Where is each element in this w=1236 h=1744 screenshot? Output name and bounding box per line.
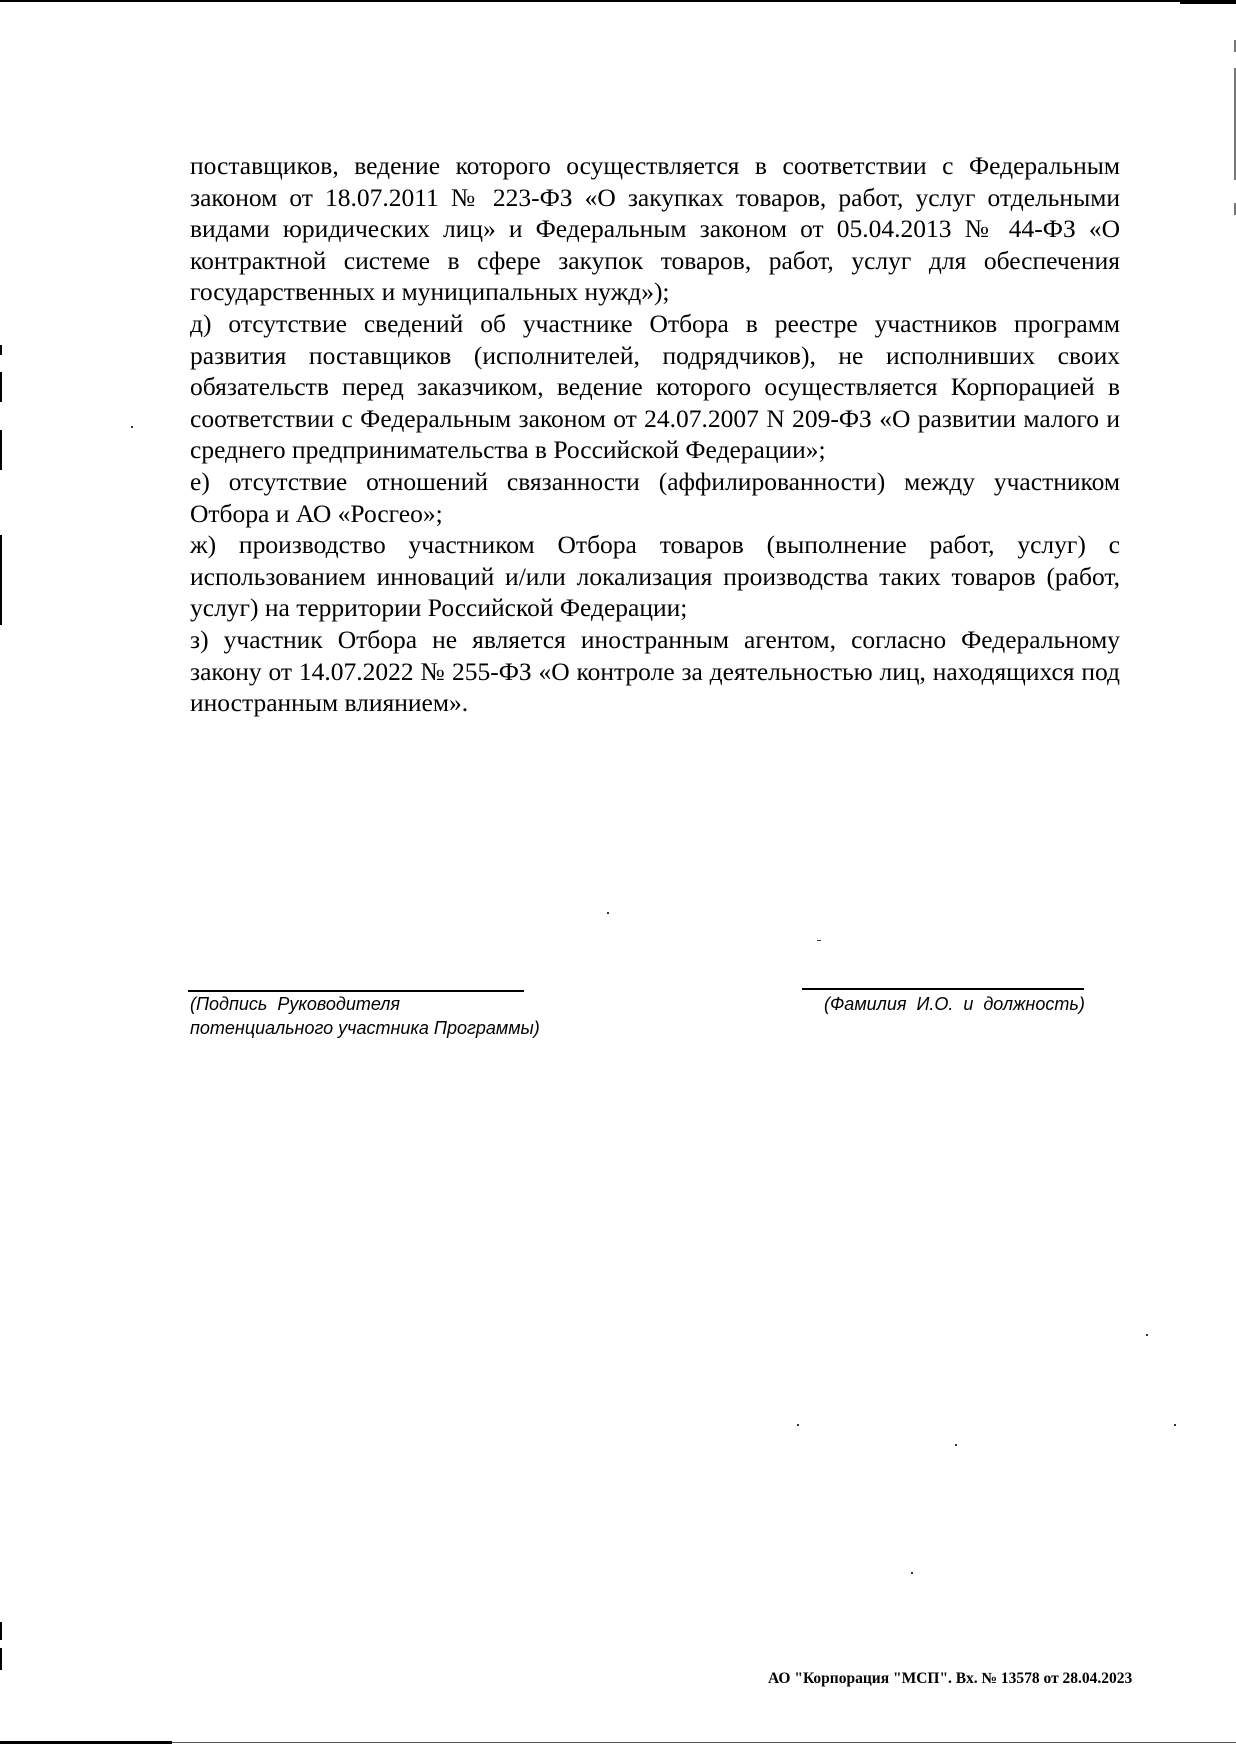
signature-line-right	[802, 988, 1084, 990]
document-body: поставщиков, ведение которого осуществля…	[190, 150, 1120, 719]
scan-mark-left	[0, 345, 2, 355]
scan-edge-top-right	[1180, 0, 1236, 4]
paragraph-item-d: д) отсутствие сведений об участнике Отбо…	[190, 308, 1120, 466]
scan-edge-bottom-thin	[172, 1742, 1236, 1743]
paragraph-item-zh: ж) производство участником Отбора товаро…	[190, 529, 1120, 624]
scan-speck	[607, 912, 609, 914]
paragraph-item-z: з) участник Отбора не является иностранн…	[190, 624, 1120, 719]
scan-speck	[1174, 1424, 1176, 1426]
scan-speck	[797, 1424, 799, 1426]
signature-label-right: (Фамилия И.О. и должность)	[824, 992, 1085, 1016]
scan-mark-left	[0, 535, 2, 625]
scan-speck	[1146, 1334, 1148, 1336]
paragraph-item-e: е) отсутствие отношений связанности (афф…	[190, 466, 1120, 529]
scan-speck	[131, 426, 133, 428]
scan-speck	[817, 940, 821, 941]
scan-edge-top	[0, 0, 1236, 2]
scan-speck	[955, 1444, 957, 1446]
paragraph-supplier-registry-continuation: поставщиков, ведение которого осуществля…	[190, 150, 1120, 308]
registration-stamp: АО "Корпорация "МСП". Вх. № 13578 от 28.…	[768, 1670, 1132, 1688]
signature-label-left: (Подпись Руководителя потенциального уча…	[190, 992, 540, 1040]
scan-speck	[911, 1572, 913, 1574]
scan-mark-left	[0, 430, 2, 470]
scan-mark-left	[0, 1648, 2, 1670]
scan-mark-left	[0, 372, 2, 402]
scan-mark-left	[0, 1622, 2, 1640]
